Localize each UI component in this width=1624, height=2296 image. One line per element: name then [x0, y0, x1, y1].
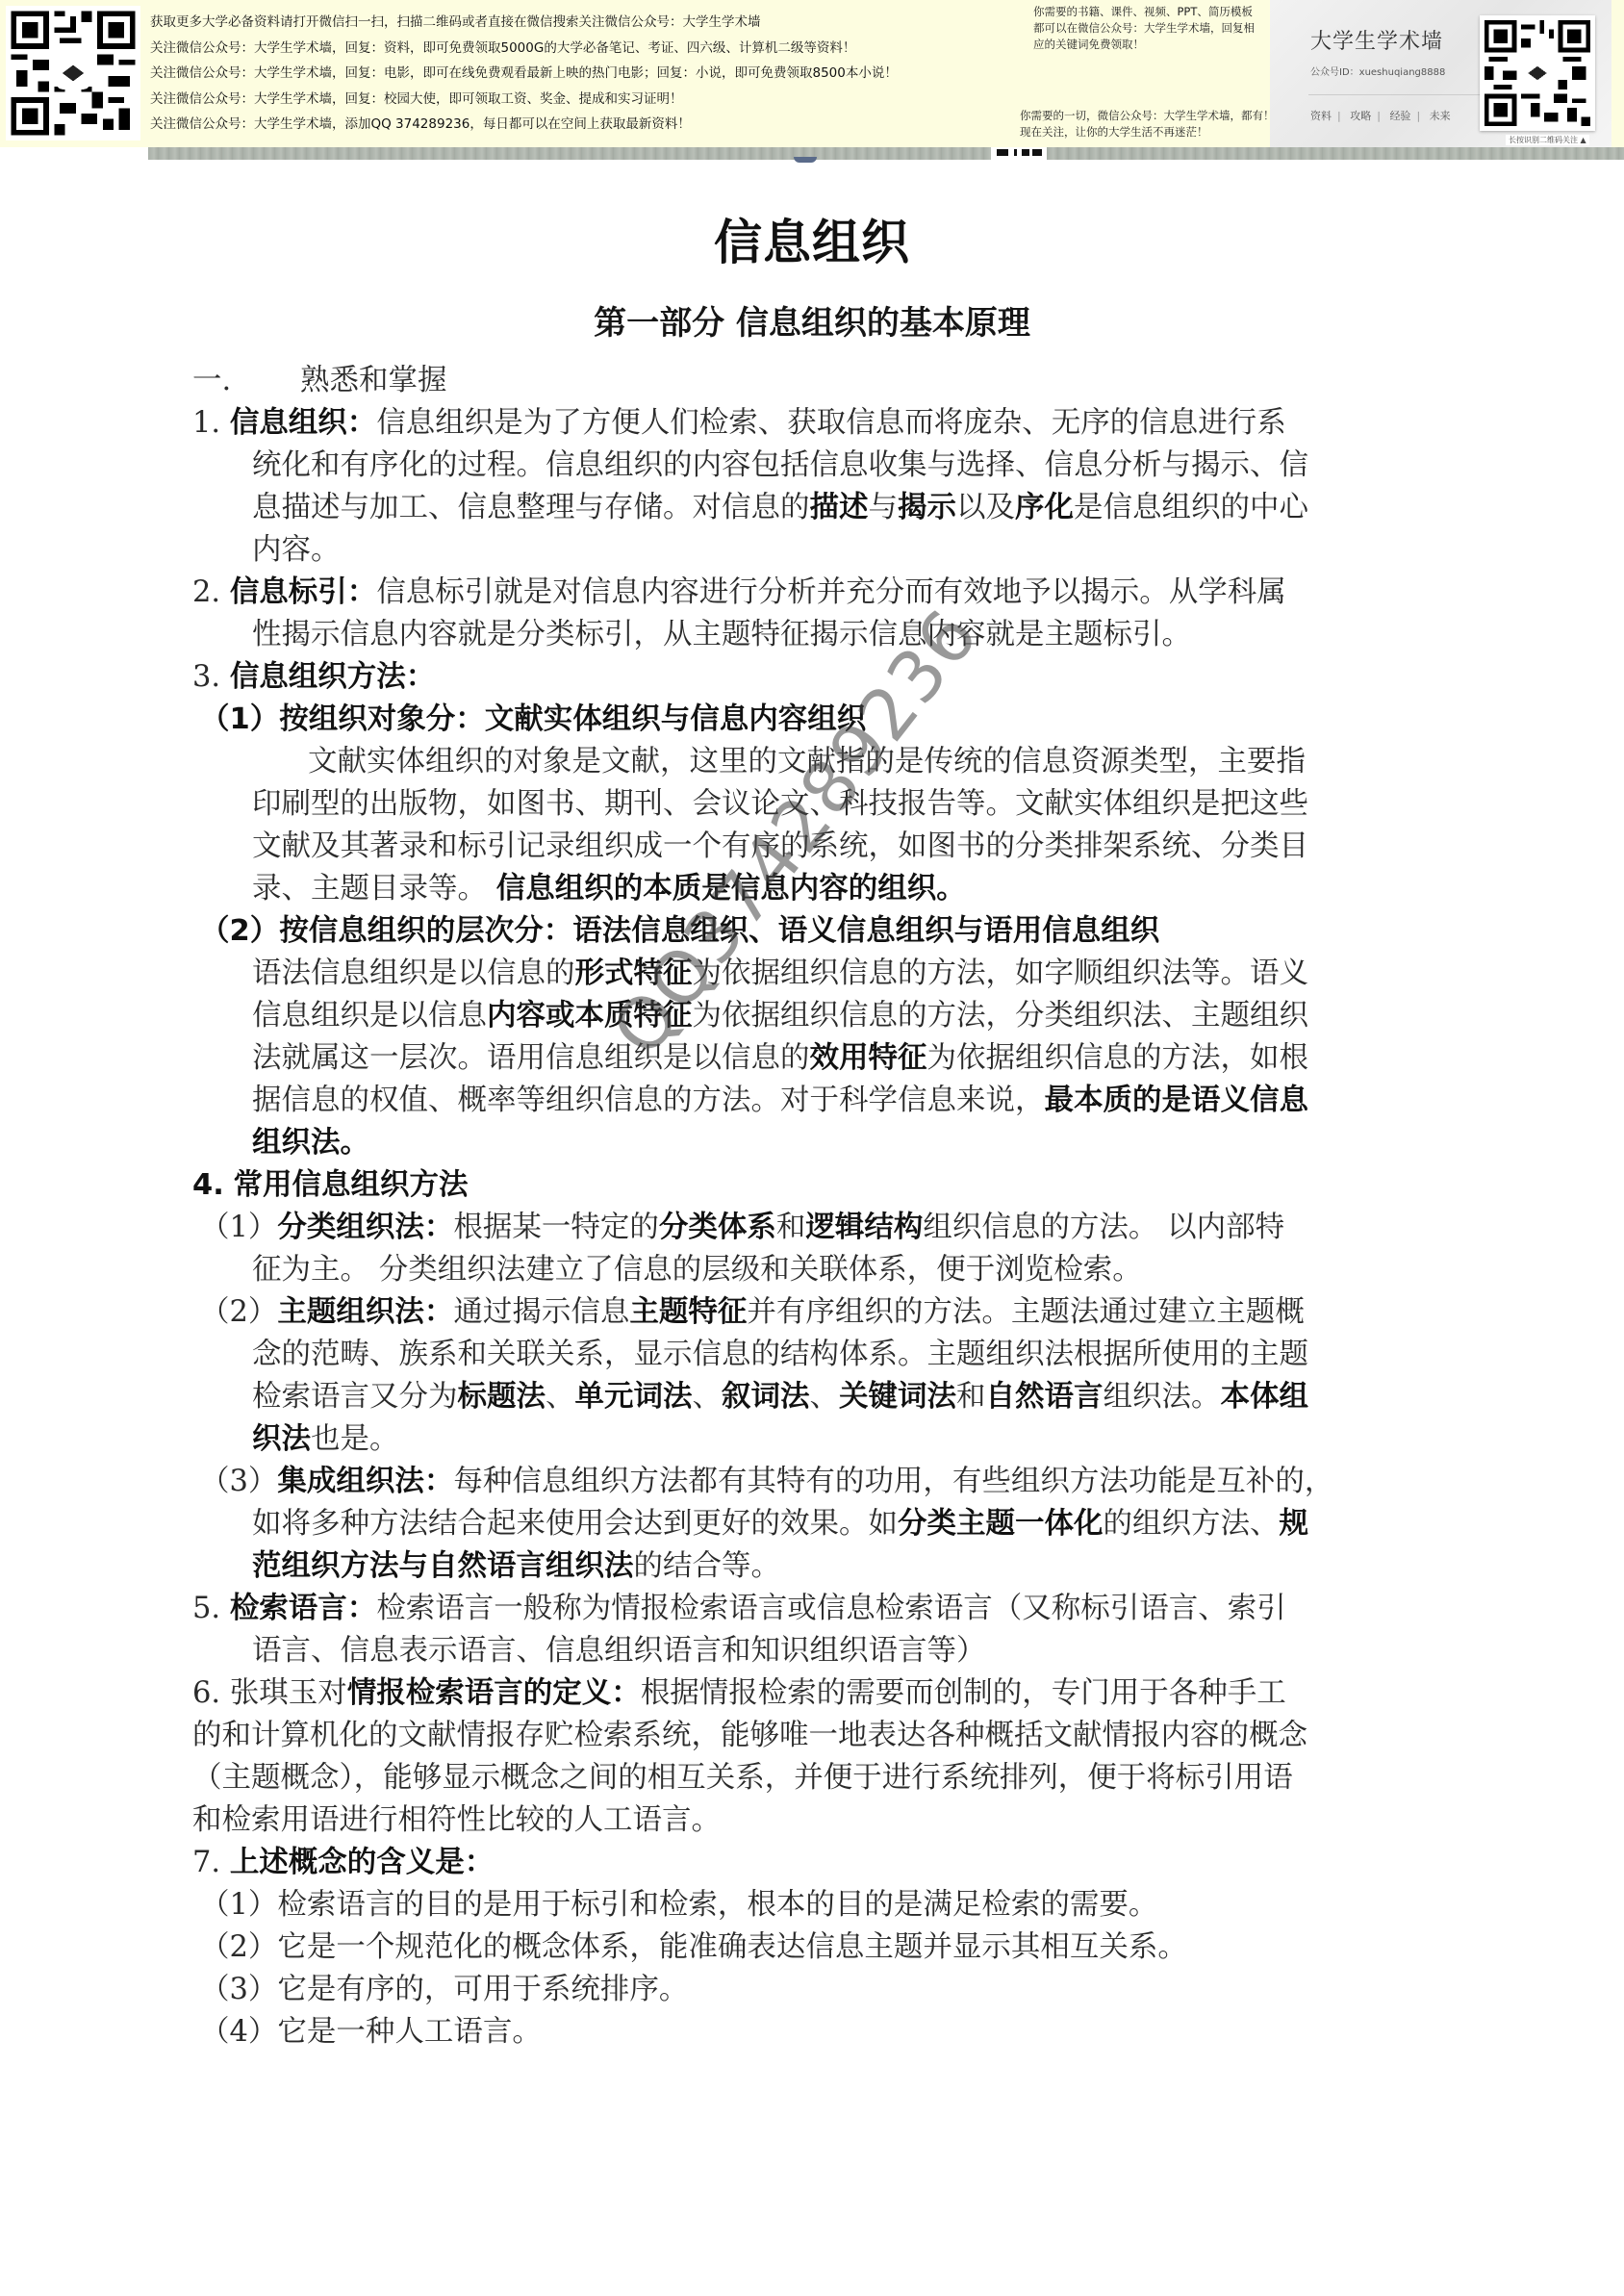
text: 4. 常用信息组织方法 [192, 1164, 1434, 1207]
text: （2） [200, 1295, 277, 1329]
text: 2. 信息标引：信息标引就是对信息内容进行分析并充分而有效地予以揭示。从学科属 [192, 572, 1434, 614]
text: 根据情报检索的需要而创制的，专门用于各种手工 [641, 1676, 1286, 1710]
tag: 资料 [1310, 110, 1332, 122]
bold-text: 描述 [810, 491, 869, 524]
bold-text: 序化 [1015, 491, 1074, 524]
text: 、 [546, 1380, 575, 1414]
text: 检索语言又分为 [252, 1380, 458, 1414]
text: 息描述与加工、信息整理与存储。对信息的 [252, 491, 810, 524]
text: 5. 检索语言：检索语言一般称为情报检索语言或信息检索语言（又称标引语言、索引 [192, 1588, 1434, 1630]
account-brand-name: 大学生学术墙 [1310, 25, 1443, 55]
text: 它是有序的，可用于系统排序。 [277, 1973, 688, 2006]
text: 语法信息组织是以信息的形式特征为依据组织信息的方法，如字顺组织法等。语义 [192, 953, 1434, 995]
text: 信息组织是为了方便人们检索、获取信息而将庞杂、无序的信息进行系 [376, 406, 1286, 440]
text: 、 [810, 1380, 840, 1414]
text: 据信息的权值、概率等组织信息的方法。对于科学信息来说，最本质的是语义信息 [192, 1080, 1434, 1122]
banner-mid-text: 你需要的书籍、课件、视频、PPT、简历模板 都可以在微信公众号：大学生学术墙，回… [1020, 4, 1255, 53]
text: 如将多种方法结合起来使用会达到更好的效果。如 [252, 1507, 898, 1541]
bold-text: 逻辑结构 [805, 1211, 923, 1244]
text: （2）按信息组织的层次分：语法信息组织、语义信息组织与语用信息组织 [192, 910, 1434, 953]
bold-text: 情报检索语言的定义： [347, 1676, 641, 1710]
banner-mid-line: 应的关键词免费领取！ [1020, 37, 1255, 53]
text: 织法也是。 [192, 1418, 1434, 1461]
text: 2. [192, 575, 220, 609]
text: 念的范畴、族系和关联关系，显示信息的结构体系。主题组织法根据所使用的主题 [192, 1334, 1434, 1376]
text: （2） [200, 1930, 277, 1964]
banner-mid-line: 现在关注，让你的大学生活不再迷茫！ [1020, 124, 1275, 140]
card-divider [1308, 94, 1491, 95]
text: 5. [192, 1592, 220, 1625]
strip-gap [991, 147, 1047, 160]
text: 张琪玉对 [230, 1676, 347, 1710]
tag: 攻略 [1350, 110, 1371, 122]
text: 它是一个规范化的概念体系，能准确表达信息主题并显示其相互关系。 [277, 1930, 1187, 1964]
text: 文献实体组织的对象是文献，这里的文献指的是传统的信息资源类型，主要指 [192, 741, 1434, 783]
bold-text: 自然语言 [986, 1380, 1104, 1414]
text: 和 [956, 1380, 986, 1414]
bold-text: 效用特征 [810, 1041, 927, 1075]
qr-code-left [6, 6, 140, 140]
text: 和 [776, 1211, 806, 1244]
bold-text: 信息组织的本质是信息内容的组织。 [496, 872, 966, 906]
text: 每种信息组织方法都有其特有的功用，有些组织方法功能是互补的， [453, 1465, 1333, 1498]
text: 信息组织是以信息 [252, 999, 487, 1033]
text: 为依据组织信息的方法，如根 [927, 1041, 1309, 1075]
text: 录、主题目录等。 [252, 872, 496, 906]
text: 的结合等。 [634, 1549, 781, 1583]
item-4-common-methods: 4. 常用信息组织方法 （1）分类组织法：根据某一特定的分类体系和逻辑结构组织信… [192, 1164, 1434, 1588]
bold-text: 规 [1280, 1507, 1309, 1541]
text: 3. [192, 660, 220, 694]
qr-code-icon [6, 6, 140, 140]
bold-text: 信息标引： [230, 575, 377, 609]
qr-code-right [1480, 15, 1595, 131]
text: 的组织方法、 [1104, 1507, 1280, 1541]
tag: 未来 [1430, 110, 1451, 122]
bold-text: 4. [192, 1168, 224, 1202]
text: 录、主题目录等。 信息组织的本质是信息内容的组织。 [192, 868, 1434, 910]
bold-text: 信息组织方法： [230, 660, 436, 694]
list-item: （1）检索语言的目的是用于标引和检索，根本的目的是满足检索的需要。 [192, 1884, 1434, 1926]
document-subtitle: 第一部分 信息组织的基本原理 [0, 296, 1624, 344]
text: 信息组织是以信息内容或本质特征为依据组织信息的方法，分类组织法、主题组织 [192, 995, 1434, 1037]
text: 7. 上述概念的含义是： [192, 1842, 1434, 1884]
text: 统化和有序化的过程。信息组织的内容包括信息收集与选择、信息分析与揭示、信 [192, 445, 1434, 487]
text: 、 [693, 1380, 723, 1414]
text: 3. 信息组织方法： [192, 656, 1434, 699]
text: 征为主。 分类组织法建立了信息的层级和关联体系，便于浏览检索。 [192, 1249, 1434, 1291]
text: 与 [869, 491, 899, 524]
text: 以及 [956, 491, 1015, 524]
text: （3）集成组织法：每种信息组织方法都有其特有的功用，有些组织方法功能是互补的， [192, 1461, 1434, 1503]
bold-text: 形式特征 [575, 957, 693, 990]
banner-promo-lines: 获取更多大学必备资料请打开微信扫一扫，扫描二维码或者直接在微信搜索关注微信公众号… [150, 10, 898, 138]
text: 性揭示信息内容就是分类标引，从主题特征揭示信息内容就是主题标引。 [192, 614, 1434, 656]
section-heading: 一.熟悉和掌握 [192, 360, 1434, 402]
text: 据信息的权值、概率等组织信息的方法。对于科学信息来说， [252, 1084, 1045, 1117]
banner-mid-line: 都可以在微信公众号：大学生学术墙，回复相 [1020, 20, 1255, 37]
text: 也是。 [311, 1422, 399, 1456]
bold-text: 最本质的是语义信息 [1045, 1084, 1309, 1117]
list-item: （2）它是一个规范化的概念体系，能准确表达信息主题并显示其相互关系。 [192, 1926, 1434, 1969]
text: 文献及其著录和标引记录组织成一个有序的系统，如图书的分类排架系统、分类目 [192, 826, 1434, 868]
text: （1）分类组织法：根据某一特定的分类体系和逻辑结构组织信息的方法。 以内部特 [192, 1207, 1434, 1249]
text: 6. [192, 1676, 220, 1710]
bold-text: 分类组织法： [277, 1211, 453, 1244]
bold-text: （1） [200, 702, 279, 736]
bold-text: 织法 [252, 1422, 311, 1456]
bold-text: 组织法。 [192, 1122, 1434, 1164]
document-body: 一.熟悉和掌握 1. 信息组织：信息组织是为了方便人们检索、获取信息而将庞杂、无… [192, 360, 1434, 2054]
bold-text: 按信息组织的层次分：语法信息组织、语义信息组织与语用信息组织 [279, 914, 1159, 948]
bold-text: 检索语言： [230, 1592, 377, 1625]
text: （1） [200, 1888, 277, 1922]
text: 法就属这一层次。语用信息组织是以信息的 [252, 1041, 810, 1075]
text: （2）主题组织法：通过揭示信息主题特征并有序组织的方法。主题法通过建立主题概 [192, 1291, 1434, 1334]
bold-text: 揭示 [898, 491, 956, 524]
account-id: 公众号ID：xueshuqiang8888 [1310, 64, 1445, 78]
bold-text: 内容或本质特征 [487, 999, 693, 1033]
bold-text: 上述概念的含义是： [230, 1846, 495, 1879]
document-title: 信息组织 [0, 204, 1624, 273]
bold-text: 标题法 [458, 1380, 546, 1414]
banner-line: 关注微信公众号：大学生学术墙，回复：电影，即可在线免费观看最新上映的热门电影；回… [150, 61, 898, 87]
bold-text: 集成组织法： [277, 1465, 453, 1498]
text: （1）按组织对象分：文献实体组织与信息内容组织 [192, 699, 1434, 741]
bold-text: 范组织方法与自然语言组织法 [252, 1549, 634, 1583]
text: （4） [200, 2015, 277, 2049]
bold-text: 主题特征 [629, 1295, 747, 1329]
banner-line: 关注微信公众号：大学生学术墙，添加QQ 374289236，每日都可以在空间上获… [150, 112, 898, 138]
bold-text: 信息组织： [230, 406, 377, 440]
text: （主题概念），能够显示概念之间的相互关系，并便于进行系统排列，便于将标引用语 [192, 1757, 1434, 1799]
item-6-definition: 6. 张琪玉对情报检索语言的定义：根据情报检索的需要而创制的，专门用于各种手工 … [192, 1672, 1434, 1842]
account-tags: 资料| 攻略| 经验| 未来 [1310, 108, 1451, 123]
text: （1） [200, 1211, 277, 1244]
promo-banner: 获取更多大学必备资料请打开微信扫一扫，扫描二维码或者直接在微信搜索关注微信公众号… [0, 0, 1624, 147]
item-5-retrieval-language: 5. 检索语言：检索语言一般称为情报检索语言或信息检索语言（又称标引语言、索引 … [192, 1588, 1434, 1672]
bold-text: 主题组织法： [277, 1295, 453, 1329]
bold-text: 按组织对象分：文献实体组织与信息内容组织 [279, 702, 866, 736]
text: 组织法。 [1104, 1380, 1221, 1414]
text: 检索语言一般称为情报检索语言或信息检索语言（又称标引语言、索引 [376, 1592, 1286, 1625]
text: 熟悉和掌握 [300, 364, 447, 397]
banner-bottom-strip [148, 147, 1624, 160]
banner-mid-line: 你需要的书籍、课件、视频、PPT、简历模板 [1020, 4, 1255, 20]
text: 内容。 [192, 529, 1434, 572]
text: （3） [200, 1465, 277, 1498]
text: 根据某一特定的 [453, 1211, 659, 1244]
text: 1. 信息组织：信息组织是为了方便人们检索、获取信息而将庞杂、无序的信息进行系 [192, 402, 1434, 445]
banner-line: 获取更多大学必备资料请打开微信扫一扫，扫描二维码或者直接在微信搜索关注微信公众号… [150, 10, 898, 36]
bold-text: 分类主题一体化 [898, 1507, 1104, 1541]
tag: 经验 [1389, 110, 1410, 122]
strip-decoration [794, 157, 817, 163]
text: 语言、信息表示语言、信息组织语言和知识组织语言等） [192, 1630, 1434, 1672]
list-item: （4）它是一种人工语言。 [192, 2011, 1434, 2054]
text: 一. [192, 360, 300, 402]
text: 检索语言的目的是用于标引和检索，根本的目的是满足检索的需要。 [277, 1888, 1157, 1922]
qr-code-icon [1480, 15, 1595, 131]
text: 6. 张琪玉对情报检索语言的定义：根据情报检索的需要而创制的，专门用于各种手工 [192, 1672, 1434, 1715]
text: 的和计算机化的文献情报存贮检索系统，能够唯一地表达各种概括文献情报内容的概念 [192, 1715, 1434, 1757]
bold-text: 常用信息组织方法 [234, 1168, 469, 1202]
text: 是信息组织的中心 [1074, 491, 1308, 524]
text: 为依据组织信息的方法，如字顺组织法等。语义 [693, 957, 1309, 990]
text: 如将多种方法结合起来使用会达到更好的效果。如分类主题一体化的组织方法、规 [192, 1503, 1434, 1545]
scan-hint: 长按识别二维码关注 ▲ [1506, 135, 1589, 145]
text: 语法信息组织是以信息的 [252, 957, 575, 990]
list-item: （3）它是有序的，可用于系统排序。 [192, 1969, 1434, 2011]
bold-text: 叙词法 [722, 1380, 810, 1414]
item-1-info-organization: 1. 信息组织：信息组织是为了方便人们检索、获取信息而将庞杂、无序的信息进行系 … [192, 402, 1434, 572]
text: 它是一种人工语言。 [277, 2015, 542, 2049]
item-7-meaning: 7. 上述概念的含义是： （1）检索语言的目的是用于标引和检索，根本的目的是满足… [192, 1842, 1434, 2054]
item-2-info-indexing: 2. 信息标引：信息标引就是对信息内容进行分析并充分而有效地予以揭示。从学科属 … [192, 572, 1434, 656]
text: 通过揭示信息 [453, 1295, 629, 1329]
text: （3） [200, 1973, 277, 2006]
bold-text: （2） [200, 914, 279, 948]
text: 组织信息的方法。 以内部特 [923, 1211, 1284, 1244]
bold-text: 关键词法 [839, 1380, 956, 1414]
bold-text: 分类体系 [659, 1211, 776, 1244]
text: 7. [192, 1846, 220, 1879]
banner-line: 关注微信公众号：大学生学术墙，回复：资料，即可免费领取5000G的大学必备笔记、… [150, 36, 898, 62]
text: 为依据组织信息的方法，分类组织法、主题组织 [693, 999, 1309, 1033]
text: 印刷型的出版物，如图书、期刊、会议论文、科技报告等。文献实体组织是把这些 [192, 783, 1434, 826]
banner-mid-line: 你需要的一切，微信公众号：大学生学术墙，都有！ [1020, 108, 1275, 124]
item-3-organization-methods: 3. 信息组织方法： （1）按组织对象分：文献实体组织与信息内容组织 文献实体组… [192, 656, 1434, 1164]
text: 法就属这一层次。语用信息组织是以信息的效用特征为依据组织信息的方法，如根 [192, 1037, 1434, 1080]
text: 检索语言又分为标题法、单元词法、叙词法、关键词法和自然语言组织法。本体组 [192, 1376, 1434, 1418]
bold-text: 单元词法 [575, 1380, 693, 1414]
text: 和检索用语进行相符性比较的人工语言。 [192, 1799, 1434, 1842]
text: 范组织方法与自然语言组织法的结合等。 [192, 1545, 1434, 1588]
banner-line: 关注微信公众号：大学生学术墙，回复：校园大使，即可领取工资、奖金、提成和实习证明… [150, 87, 898, 113]
text: 并有序组织的方法。主题法通过建立主题概 [747, 1295, 1305, 1329]
bold-text: 本体组 [1221, 1380, 1309, 1414]
text: 1. [192, 406, 220, 440]
text: 息描述与加工、信息整理与存储。对信息的描述与揭示以及序化是信息组织的中心 [192, 487, 1434, 529]
text: 信息标引就是对信息内容进行分析并充分而有效地予以揭示。从学科属 [376, 575, 1286, 609]
